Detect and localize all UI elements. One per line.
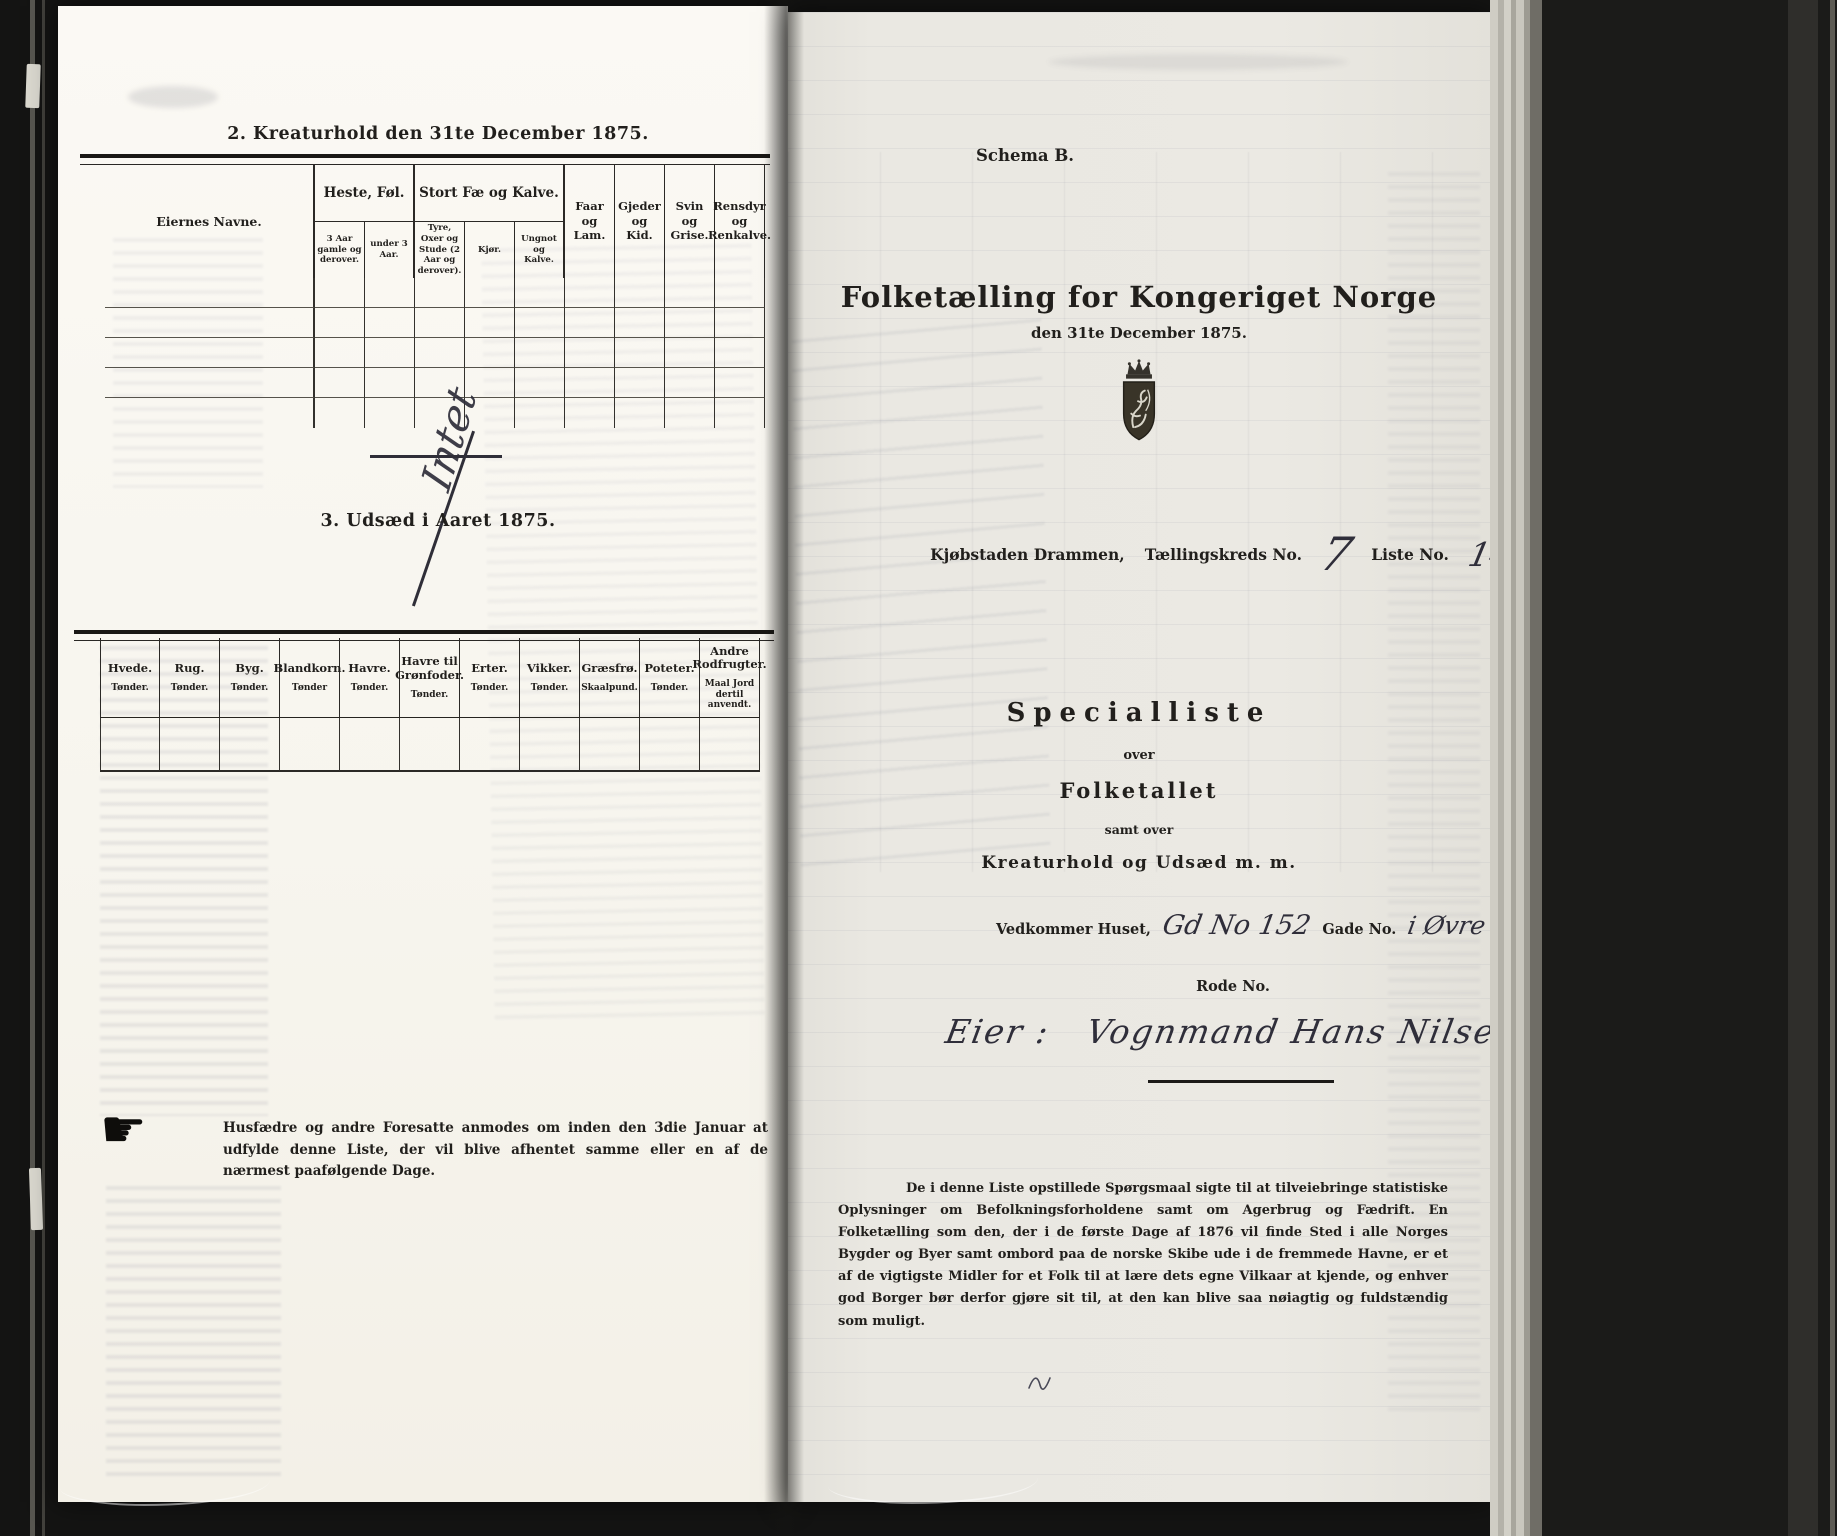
column-header-cattle-cows: Kjør.	[465, 222, 515, 278]
crop-name: Hvede.	[108, 662, 152, 676]
table-cell-empty	[565, 278, 615, 308]
fore-edge-pages	[1504, 0, 1511, 1536]
location-line: Kjøbstaden Drammen, Tællingskreds No. 7 …	[978, 544, 1484, 564]
book-edge-strip	[42, 0, 45, 1536]
table-cell-empty	[515, 278, 565, 308]
table-cell-empty	[715, 368, 765, 398]
crop-unit: Tønder	[292, 683, 327, 693]
fore-edge-pages	[1490, 0, 1498, 1536]
table-cell-empty	[280, 718, 340, 772]
column-group-horses: Heste, Føl.	[315, 164, 415, 222]
column-header-cattle-bulls: Tyre, Oxer og Stude (2 Aar og derover).	[415, 222, 465, 278]
schema-label: Schema B.	[976, 146, 1074, 165]
table-cell-empty	[160, 718, 220, 772]
table-cell-empty	[340, 718, 400, 772]
manicule-icon: ☛	[100, 1104, 147, 1156]
scanned-census-document: 2. Kreaturhold den 31te December 1875. E…	[0, 0, 1837, 1536]
table-cell-empty	[365, 368, 415, 398]
table-cell-empty	[315, 398, 365, 428]
table-cell-empty	[515, 338, 565, 368]
table-cell-empty	[520, 718, 580, 772]
crop-name: Havre.	[348, 662, 390, 676]
crop-column-header: Havre til Grønfoder.Tønder.	[400, 638, 460, 718]
table-cell-empty	[615, 398, 665, 428]
table-cell-empty	[640, 718, 700, 772]
table-cell-empty	[665, 368, 715, 398]
crop-unit: Tønder.	[231, 683, 269, 693]
district-label: Tællingskreds No.	[1145, 545, 1302, 564]
table-cell-empty	[665, 278, 715, 308]
table-cell-empty	[565, 368, 615, 398]
section2-title: 2. Kreaturhold den 31te December 1875.	[178, 124, 698, 144]
table-cell-empty	[315, 338, 365, 368]
owner-label: Eier :	[943, 1012, 1053, 1051]
bleed-through-text	[106, 1186, 281, 1476]
book-edge-strip	[30, 0, 35, 1536]
table-cell-empty	[105, 368, 315, 398]
street-label: Gade No.	[1322, 921, 1396, 938]
crop-unit: Maal Jord dertil anvendt.	[702, 679, 757, 710]
page-bottom-curve	[828, 1460, 1038, 1504]
census-subtitle: den 31te December 1875.	[788, 324, 1490, 342]
fore-edge-pages	[1516, 0, 1524, 1536]
separator-rule	[1148, 1080, 1334, 1083]
column-header-horses-old: 3 Aar gamle og derover.	[315, 222, 365, 278]
pencil-smudge	[128, 86, 218, 108]
city-label: Kjøbstaden Drammen,	[930, 545, 1125, 564]
table-cell-empty	[715, 278, 765, 308]
table-cell-empty	[615, 278, 665, 308]
table-cell-empty	[700, 718, 760, 772]
crop-name: Erter.	[471, 662, 507, 676]
folketallet-label: Folketallet	[788, 778, 1490, 803]
table-cell-empty	[565, 308, 615, 338]
table-cell-empty	[105, 338, 315, 368]
table-cell-empty	[365, 338, 415, 368]
table-cell-empty	[665, 308, 715, 338]
samt-over-label: samt over	[788, 822, 1490, 837]
crop-unit: Tønder.	[471, 683, 509, 693]
ink-stroke	[370, 455, 502, 458]
table-cell-empty	[515, 368, 565, 398]
crop-column-header: Vikker.Tønder.	[520, 638, 580, 718]
bleed-through-columns	[788, 152, 1490, 872]
crop-name: Græsfrø.	[581, 662, 637, 676]
section3-title: 3. Udsæd i Aaret 1875.	[178, 511, 698, 531]
column-header-owner: Eiernes Navne.	[105, 164, 315, 278]
table-cell-empty	[315, 368, 365, 398]
table-cell-empty	[105, 308, 315, 338]
table-cell-empty	[465, 338, 515, 368]
table-cell-empty	[400, 718, 460, 772]
crop-column-header: Havre.Tønder.	[340, 638, 400, 718]
census-title: Folketælling for Kongeriget Norge	[788, 280, 1490, 314]
crop-column-header: Græsfrø.Skaalpund.	[580, 638, 640, 718]
crop-name: Blandkorn.	[274, 662, 346, 676]
column-header-cattle-young: Ungnot og Kalve.	[515, 222, 565, 278]
table-cell-empty	[615, 338, 665, 368]
crop-name: Poteter.	[644, 662, 694, 676]
table-cell-empty	[515, 398, 565, 428]
crop-unit: Tønder.	[411, 690, 449, 700]
table-cell-empty	[615, 308, 665, 338]
table-cell-empty	[315, 278, 365, 308]
column-header-horses-young: under 3 Aar.	[365, 222, 415, 278]
crop-unit: Tønder.	[111, 683, 149, 693]
crop-unit: Tønder.	[171, 683, 209, 693]
table-cell-empty	[105, 278, 315, 308]
crop-name: Byg.	[235, 662, 263, 676]
crop-unit: Tønder.	[651, 683, 689, 693]
table-cell-empty	[105, 398, 315, 428]
table-cell-empty	[220, 718, 280, 772]
table-cell-empty	[460, 718, 520, 772]
page-corner-fragment	[25, 64, 41, 108]
table-cell-empty	[715, 338, 765, 368]
table-cell-empty	[415, 308, 465, 338]
page-corner-fragment	[29, 1168, 43, 1230]
column-group-cattle: Stort Fæ og Kalve.	[415, 164, 565, 222]
house-label: Vedkommer Huset,	[996, 921, 1151, 938]
column-header-sheep: Faar og Lam.	[565, 164, 615, 278]
table-cell-empty	[365, 308, 415, 338]
crop-name: Andre Rodfrugter.	[692, 645, 766, 673]
table-cell-empty	[715, 308, 765, 338]
crop-unit: Tønder.	[531, 683, 569, 693]
right-page: Schema B. Folketælling for Kongeriget No…	[788, 12, 1490, 1502]
crop-unit: Tønder.	[351, 683, 389, 693]
specialliste-title: Specialliste	[788, 698, 1490, 728]
crop-column-header: Poteter.Tønder.	[640, 638, 700, 718]
table-cell-empty	[315, 308, 365, 338]
table-cell-empty	[580, 718, 640, 772]
table-cell-empty	[715, 398, 765, 428]
kreaturhold-table: Eiernes Navne. Heste, Føl. Stort Fæ og K…	[105, 164, 765, 428]
fore-edge-pages	[1530, 0, 1542, 1536]
ink-squiggle	[1026, 1368, 1056, 1398]
owner-value: Vognmand Hans Nilsen	[1084, 1012, 1523, 1051]
table-cell-empty	[365, 278, 415, 308]
crop-unit: Skaalpund.	[581, 683, 638, 693]
over-label: over	[788, 748, 1490, 763]
handwritten-house-number: Gd No 152	[1160, 910, 1313, 941]
crop-column-header: Byg.Tønder.	[220, 638, 280, 718]
table-cell-empty	[565, 398, 615, 428]
table-cell-empty	[665, 398, 715, 428]
crop-column-header: Erter.Tønder.	[460, 638, 520, 718]
mirrored-header-bleed	[1048, 54, 1348, 70]
table-cell-empty	[565, 338, 615, 368]
crop-name: Havre til Grønfoder.	[395, 655, 464, 683]
kreaturhold-udsaed-label: Kreaturhold og Udsæd m. m.	[788, 853, 1490, 873]
crop-column-header: Rug.Tønder.	[160, 638, 220, 718]
norway-coat-of-arms-icon	[1110, 358, 1168, 454]
table-cell-empty	[415, 338, 465, 368]
table-cell-empty	[615, 368, 665, 398]
footer-instruction: Husfædre og andre Foresatte anmodes om i…	[223, 1118, 768, 1183]
crop-name: Rug.	[175, 662, 205, 676]
table-cell-empty	[465, 278, 515, 308]
table-cell-empty	[665, 338, 715, 368]
table-cell-empty	[515, 308, 565, 338]
book-cover-edge	[1788, 0, 1818, 1536]
scan-edge-line	[1830, 0, 1835, 1536]
list-label: Liste No.	[1371, 545, 1449, 564]
crop-name: Vikker.	[527, 662, 572, 676]
rode-label: Rode No.	[1128, 978, 1338, 995]
crop-column-header: Blandkorn.Tønder	[280, 638, 340, 718]
instruction-paragraph: De i denne Liste opstillede Spørgsmaal s…	[838, 1178, 1448, 1333]
table-cell-empty	[100, 718, 160, 772]
table-cell-empty	[415, 278, 465, 308]
column-header-goats: Gjeder og Kid.	[615, 164, 665, 278]
table-cell-empty	[365, 398, 415, 428]
column-header-reindeer: Rensdyr og Renkalve.	[715, 164, 765, 278]
udsaed-table: Hvede.Tønder.Rug.Tønder.Byg.Tønder.Bland…	[100, 638, 760, 772]
crop-column-header: Hvede.Tønder.	[100, 638, 160, 718]
crop-column-header: Andre Rodfrugter.Maal Jord dertil anvend…	[700, 638, 760, 718]
left-page: 2. Kreaturhold den 31te December 1875. E…	[58, 6, 788, 1502]
table-cell-empty	[465, 308, 515, 338]
handwritten-owner: Eier : Vognmand Hans Nilsen	[943, 1012, 1523, 1051]
